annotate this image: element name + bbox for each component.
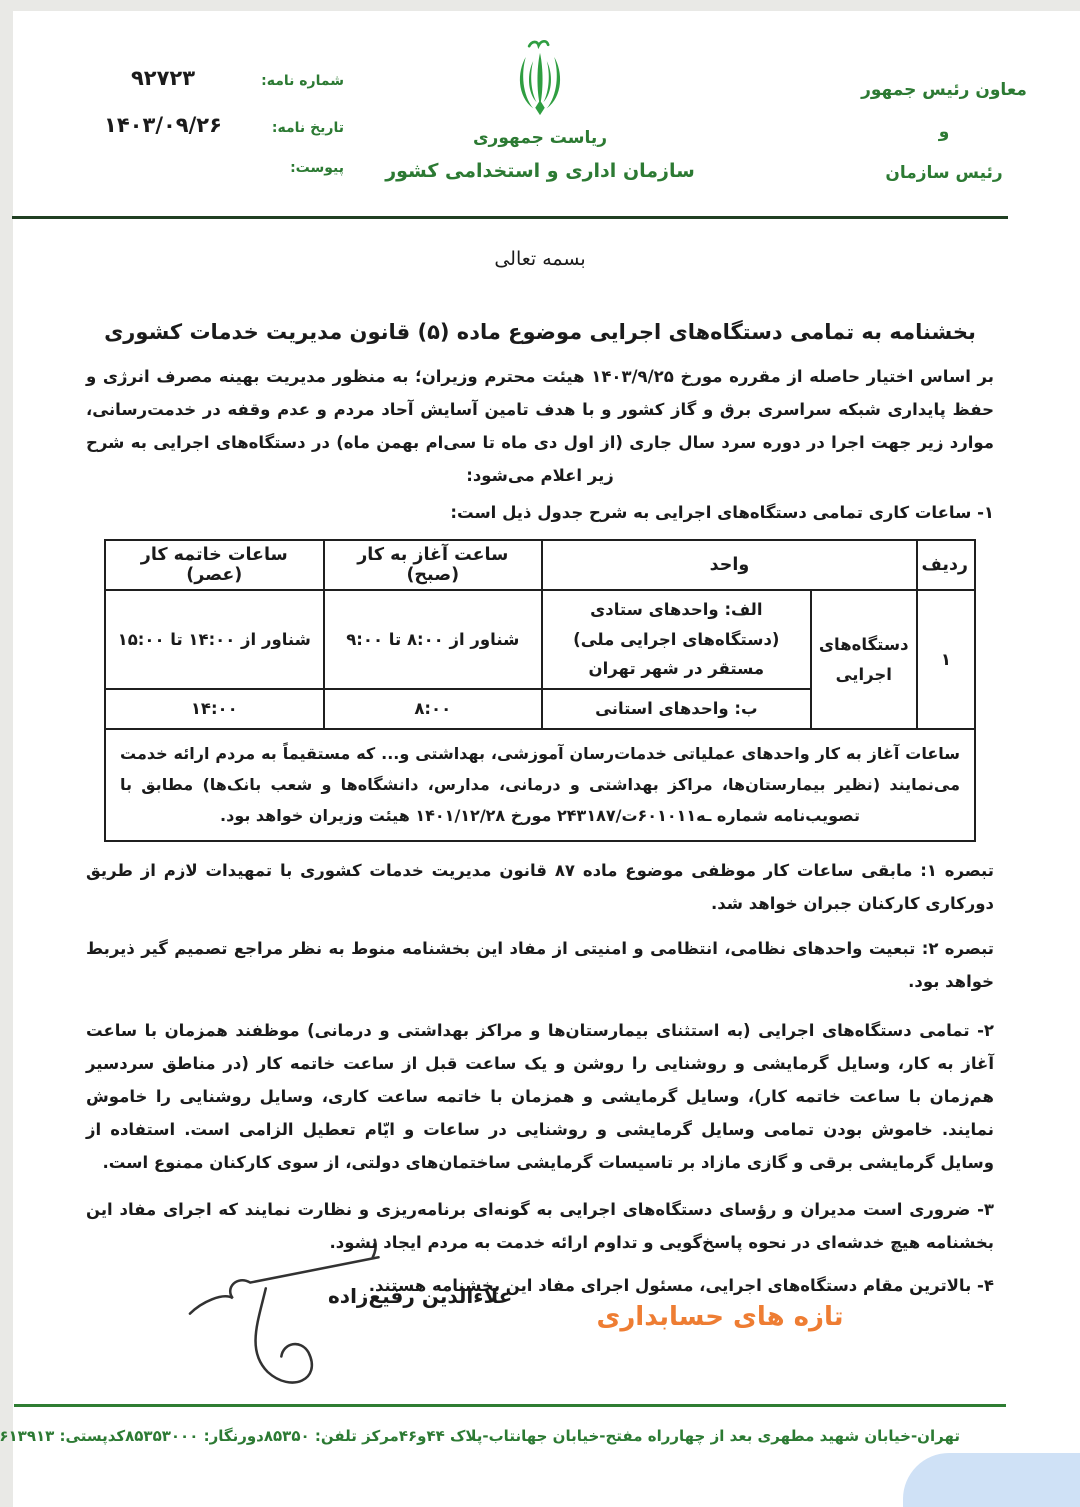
cell-end-b: ۱۴:۰۰ bbox=[105, 689, 324, 729]
letter-number-value: ۹۲۷۲۳ bbox=[78, 66, 248, 90]
letter-date-field: تاریخ نامه: ۱۴۰۳/۰۹/۲۶ bbox=[78, 113, 344, 145]
cell-unit-b: ب: واحدهای استانی bbox=[542, 689, 811, 729]
working-hours-table: ردیف واحد ساعت آغاز به کار (صبح) ساعات خ… bbox=[104, 539, 976, 842]
header-signer-titles: معاون رئیس جمهور و رئیس سازمان bbox=[818, 70, 1070, 195]
cell-end-a: شناور از ۱۴:۰۰ تا ۱۵:۰۰ bbox=[105, 590, 324, 689]
col-header-unit: واحد bbox=[542, 540, 917, 590]
col-header-end-time: ساعات خاتمه کار (عصر) bbox=[105, 540, 324, 590]
corner-blue-shape bbox=[903, 1453, 1080, 1507]
signature-scribble bbox=[168, 1232, 488, 1407]
scan-edge-top bbox=[0, 0, 1080, 11]
table-note-cell: ساعات آغاز به کار واحدهای عملیاتی خدمات‌… bbox=[105, 729, 975, 841]
table-header-row: ردیف واحد ساعت آغاز به کار (صبح) ساعات خ… bbox=[105, 540, 975, 590]
letter-number-label: شماره نامه: bbox=[248, 73, 344, 89]
site-watermark: تازه های حسابداری bbox=[580, 1302, 860, 1332]
footer-divider-line bbox=[14, 1404, 1006, 1407]
footer-phone: مرکز تلفن: ۸۵۳۵۰ bbox=[264, 1427, 399, 1445]
clause-1: ۱- ساعات کاری تمامی دستگاه‌های اجرایی به… bbox=[86, 496, 994, 529]
signer-title-line: و bbox=[818, 112, 1070, 154]
cell-unit-a: الف: واحدهای ستادی (دستگاه‌های اجرایی مل… bbox=[542, 590, 811, 689]
cell-start-a: شناور از ۸:۰۰ تا ۹:۰۰ bbox=[324, 590, 542, 689]
signer-name: علاءالدین رفیع‌زاده bbox=[328, 1284, 512, 1308]
intro-paragraph: بر اساس اختیار حاصله از مقرره مورخ ۱۴۰۳/… bbox=[86, 360, 994, 492]
signature-block: علاءالدین رفیع‌زاده bbox=[168, 1232, 598, 1407]
footer-fax: دورنگار: ۸۵۳۵۳۰۰۰ bbox=[125, 1427, 264, 1445]
scan-edge-left bbox=[0, 0, 13, 1507]
besmele-calligraphy: بسمه تعالی bbox=[86, 248, 994, 270]
org-name-line2: سازمان اداری و استخدامی کشور bbox=[350, 160, 730, 182]
cell-row-no: ۱ bbox=[917, 590, 975, 729]
letter-date-label: تاریخ نامه: bbox=[248, 120, 344, 136]
document-body: بسمه تعالی بخشنامه به تمامی دستگاه‌های ا… bbox=[86, 222, 994, 1302]
header-organization: ریاست جمهوری سازمان اداری و استخدامی کشو… bbox=[350, 38, 730, 182]
letter-attachment-label: پیوست: bbox=[248, 160, 344, 176]
page-title: بخشنامه به تمامی دستگاه‌های اجرایی موضوع… bbox=[86, 320, 994, 344]
col-header-row-no: ردیف bbox=[917, 540, 975, 590]
note-1-paragraph: تبصره ۱: مابقی ساعات کار موظفی موضوع ماد… bbox=[86, 854, 994, 920]
note-text-after: مورخ ۱۴۰۱/۱۲/۲۸ هیئت وزیران خواهد بود. bbox=[220, 806, 551, 825]
footer-postal-code: کدپستی: ۱۵۷۶۶۱۳۹۱۳ bbox=[0, 1427, 125, 1445]
signer-title-line: رئیس سازمان bbox=[818, 153, 1070, 195]
letter-attachment-field: پیوست: bbox=[78, 160, 344, 192]
signer-title-line: معاون رئیس جمهور bbox=[818, 70, 1070, 112]
letter-date-value: ۱۴۰۳/۰۹/۲۶ bbox=[78, 113, 248, 137]
cell-start-b: ۸:۰۰ bbox=[324, 689, 542, 729]
header-divider-line bbox=[12, 216, 1008, 219]
org-name-line1: ریاست جمهوری bbox=[350, 128, 730, 148]
col-header-start-time: ساعت آغاز به کار (صبح) bbox=[324, 540, 542, 590]
table-note-row: ساعات آغاز به کار واحدهای عملیاتی خدمات‌… bbox=[105, 729, 975, 841]
note-2-paragraph: تبصره ۲: تبعیت واحدهای نظامی، انتظامی و … bbox=[86, 932, 994, 998]
footer-contact-line: تهران-خیابان شهید مطهری بعد از چهارراه م… bbox=[55, 1427, 960, 1445]
clause-2: ۲- تمامی دستگاه‌های اجرایی (به استثنای ب… bbox=[86, 1014, 994, 1179]
decree-number: ۲۴۳۱۸۷/ت۶۰۱۰۱۱هـ bbox=[557, 806, 711, 825]
letter-meta-fields: شماره نامه: ۹۲۷۲۳ تاریخ نامه: ۱۴۰۳/۰۹/۲۶… bbox=[78, 66, 344, 207]
circular-letter-page: معاون رئیس جمهور و رئیس سازمان ریاست جمه… bbox=[0, 0, 1080, 1507]
table-row: ۱ دستگاه‌های اجرایی الف: واحدهای ستادی (… bbox=[105, 590, 975, 689]
cell-group: دستگاه‌های اجرایی bbox=[811, 590, 917, 729]
footer-address: تهران-خیابان شهید مطهری بعد از چهارراه م… bbox=[399, 1427, 960, 1445]
letter-number-field: شماره نامه: ۹۲۷۲۳ bbox=[78, 66, 344, 98]
iran-emblem-icon bbox=[506, 38, 574, 126]
